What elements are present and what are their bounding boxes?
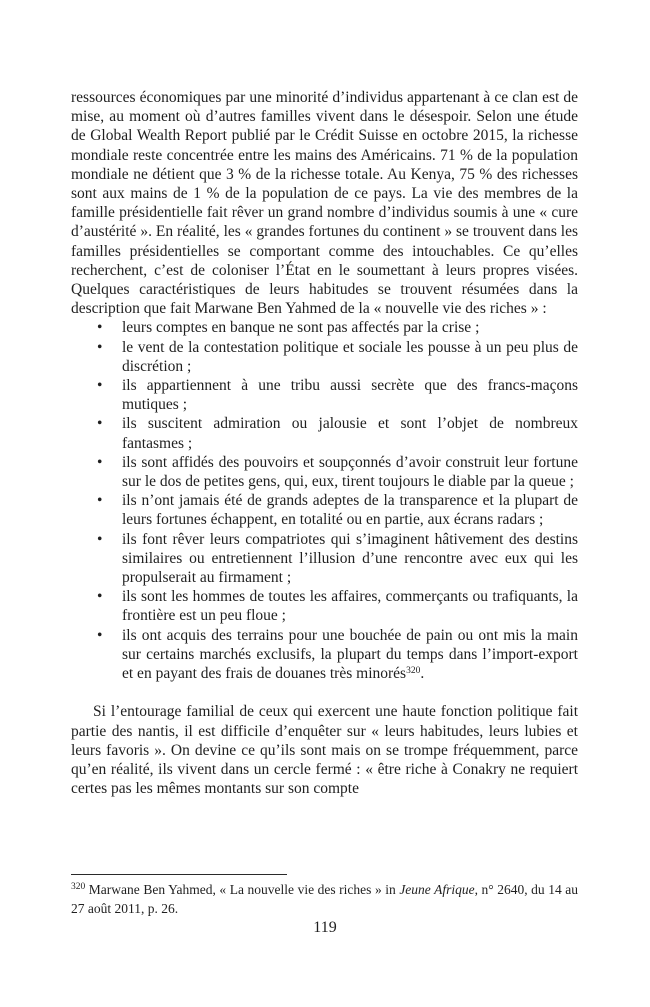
list-item: • ils suscitent admiration ou jalousie e… [71,414,578,452]
list-item: • ils n’ont jamais été de grands adeptes… [71,491,578,529]
list-item: • ils ont acquis des terrains pour une b… [71,626,578,684]
list-item: • ils font rêver leurs compatriotes qui … [71,530,578,588]
list-item-text: ils sont affidés des pouvoirs et soupçon… [71,453,578,491]
list-item: • ils sont les hommes de toutes les affa… [71,587,578,625]
page-number: 119 [0,918,650,937]
list-item-text: ils font rêver leurs compatriotes qui s’… [71,530,578,588]
footnote-block: 320 Marwane Ben Yahmed, « La nouvelle vi… [71,874,578,918]
bullet-icon: • [97,338,102,357]
page-body: ressources économiques par une minorité … [71,88,578,799]
list-item: • ils appartiennent à une tribu aussi se… [71,376,578,414]
paragraph-continuation: ressources économiques par une minorité … [71,88,578,318]
list-item-text: ils sont les hommes de toutes les affair… [71,587,578,625]
bullet-icon: • [97,530,102,549]
list-item-text: le vent de la contestation politique et … [71,338,578,376]
list-item-text: leurs comptes en banque ne sont pas affe… [71,318,578,337]
list-item-text: ils appartiennent à une tribu aussi secr… [71,376,578,414]
footnote-separator [71,874,287,875]
footnote: 320 Marwane Ben Yahmed, « La nouvelle vi… [71,881,578,918]
list-item: • ils sont affidés des pouvoirs et soupç… [71,453,578,491]
bullet-icon: • [97,626,102,645]
document-page: ressources économiques par une minorité … [0,0,650,1007]
list-item-text: ils ont acquis des terrains pour une bou… [71,626,578,684]
list-item: • le vent de la contestation politique e… [71,338,578,376]
bullet-icon: • [97,414,102,433]
bullet-icon: • [97,587,102,606]
footnote-reference: 320 [406,666,420,676]
paragraph: Si l’entourage familial de ceux qui exer… [71,702,578,798]
list-item-text: ils n’ont jamais été de grands adeptes d… [71,491,578,529]
list-item: • leurs comptes en banque ne sont pas af… [71,318,578,337]
footnote-number: 320 [71,882,85,892]
footnote-text-segment: Marwane Ben Yahmed, « La nouvelle vie de… [85,882,399,897]
list-item-text-segment: ils ont acquis des terrains pour une bou… [122,627,578,682]
list-item-text: ils suscitent admiration ou jalousie et … [71,414,578,452]
list-item-text-suffix: . [420,665,424,682]
bullet-icon: • [97,376,102,395]
bullet-icon: • [97,318,102,337]
bullet-icon: • [97,453,102,472]
journal-title: Jeune Afrique [399,882,474,897]
bullet-icon: • [97,491,102,510]
bullet-list: • leurs comptes en banque ne sont pas af… [71,318,578,683]
